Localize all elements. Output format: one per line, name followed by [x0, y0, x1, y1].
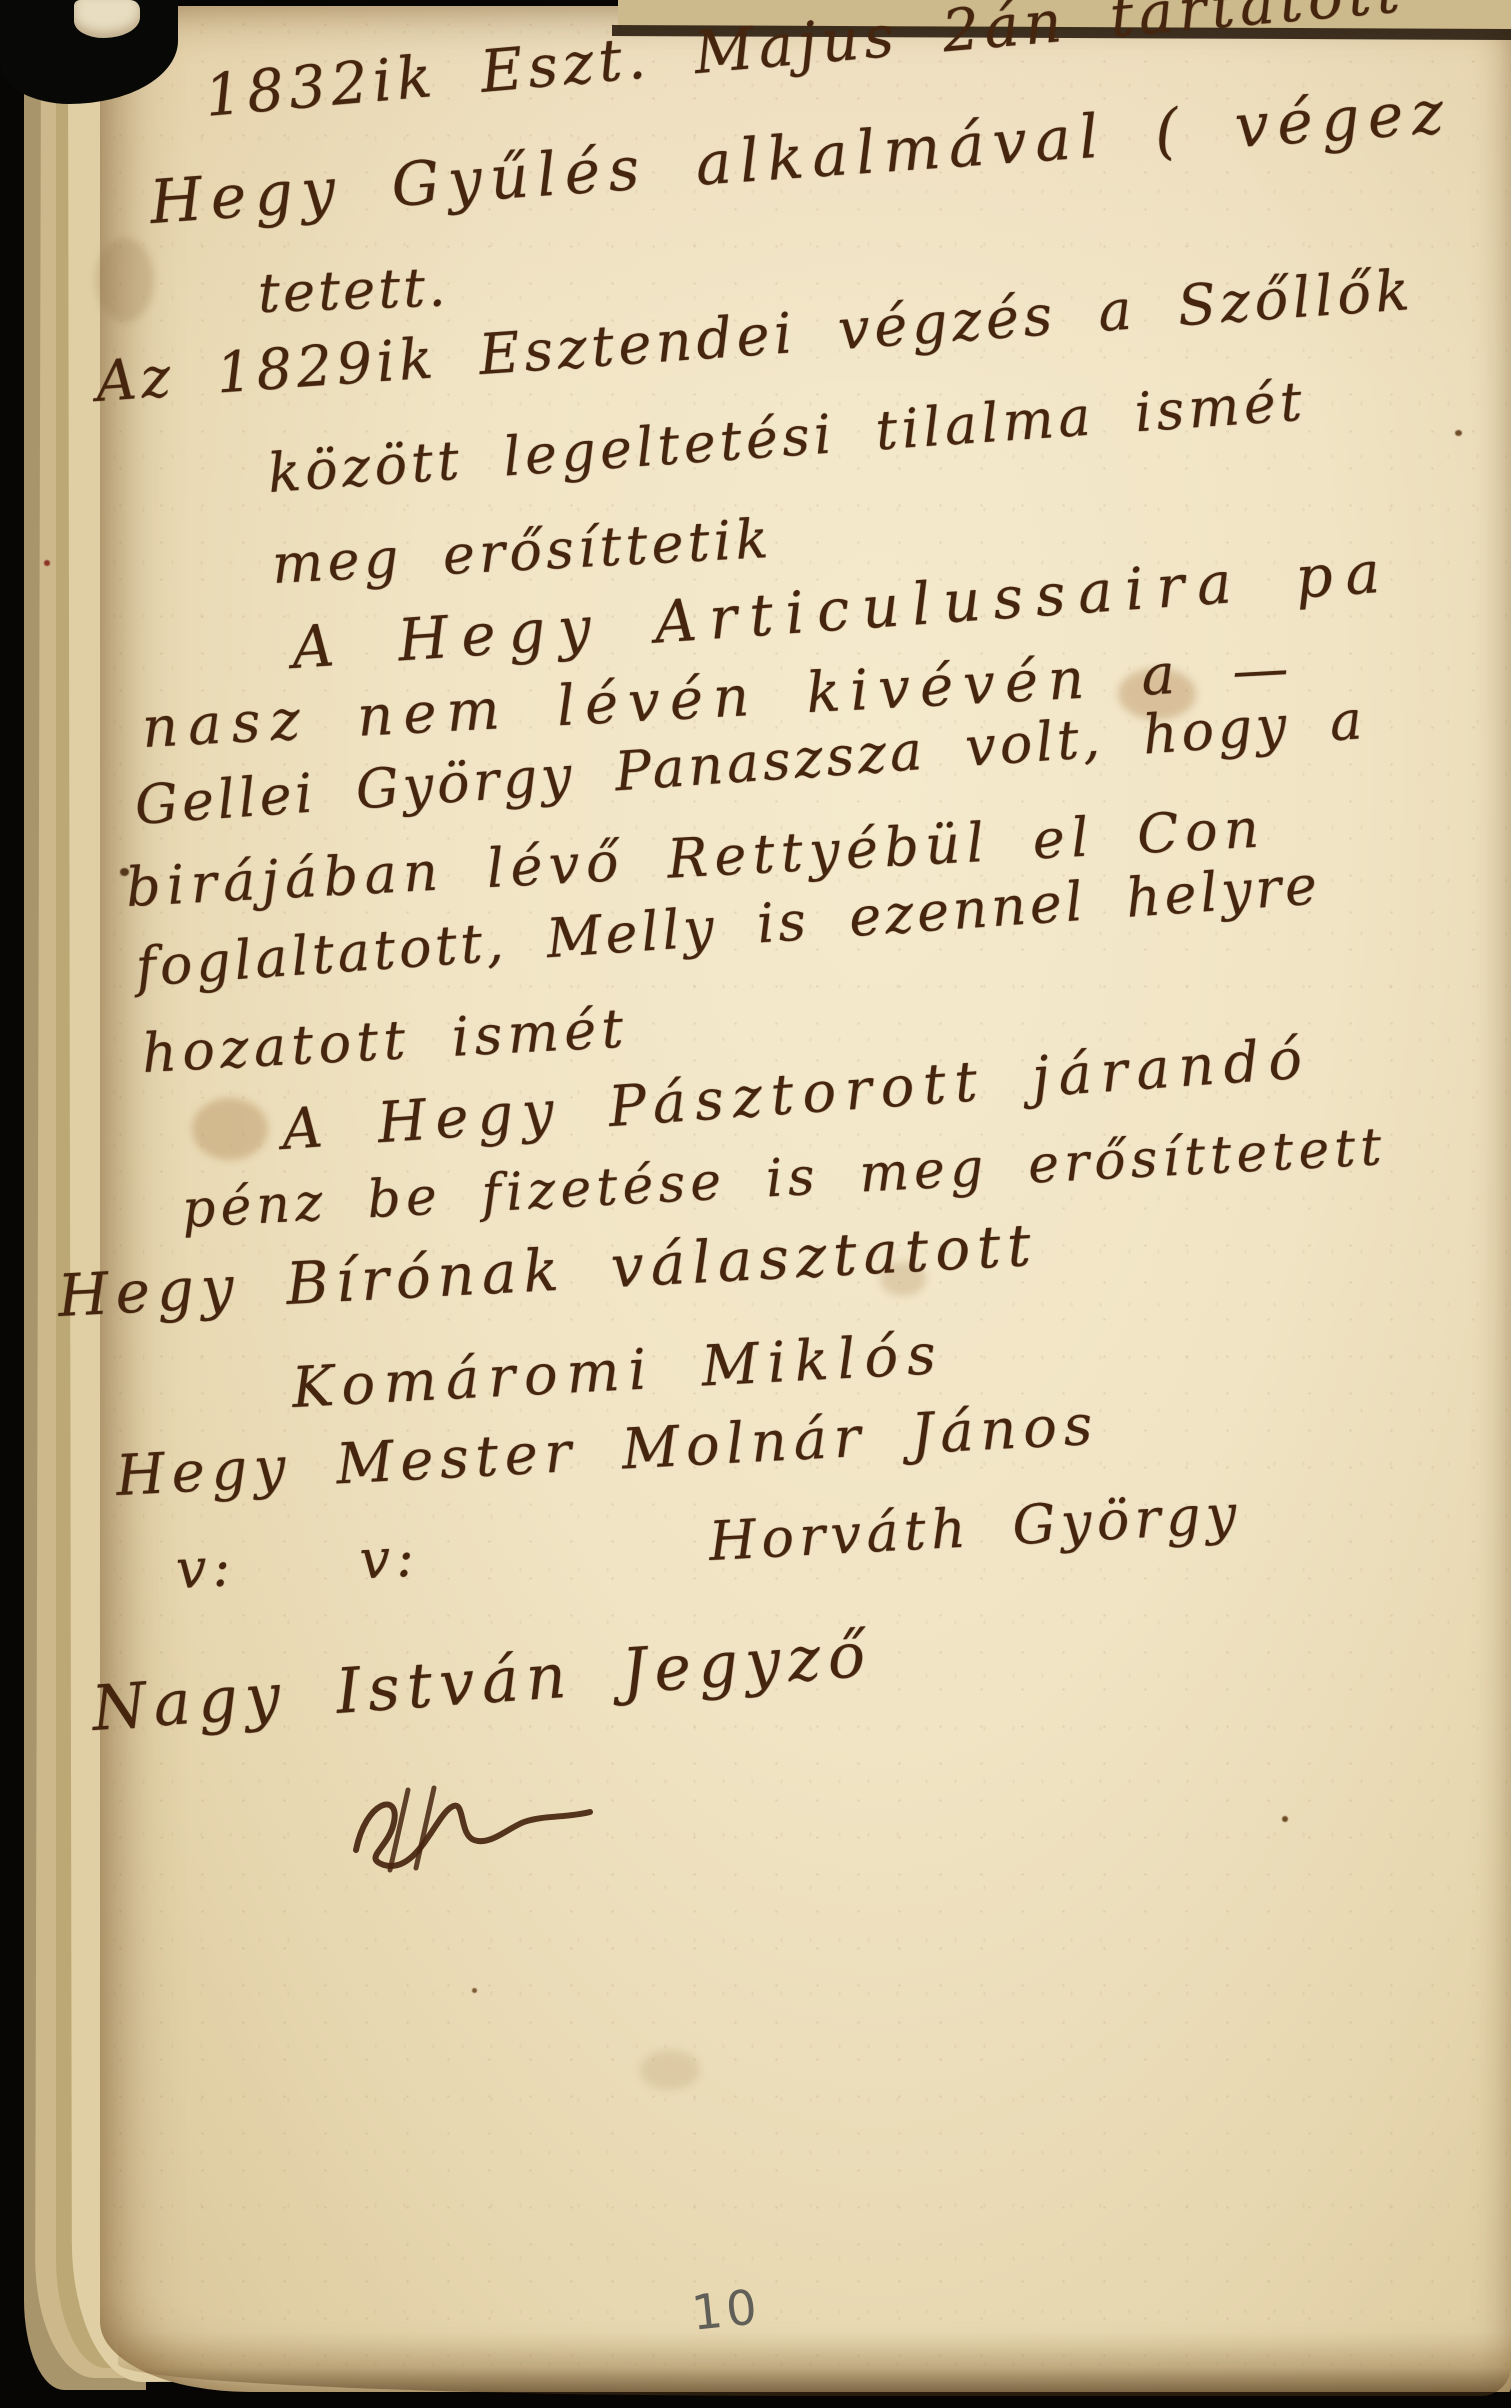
paper-stain [96, 238, 154, 322]
ink-speck [1455, 430, 1462, 436]
paper-stain [640, 2050, 700, 2090]
deckle-bottom-edge [118, 2332, 1511, 2396]
signature-flourish [338, 1778, 608, 1878]
ink-speck [44, 560, 50, 566]
ink-speck [472, 1988, 477, 1993]
paper-stain [192, 1098, 268, 1160]
handwritten-line: tetett. [257, 255, 450, 325]
page-number-pencil: 10 [689, 2279, 763, 2342]
ink-speck [1282, 1816, 1288, 1822]
